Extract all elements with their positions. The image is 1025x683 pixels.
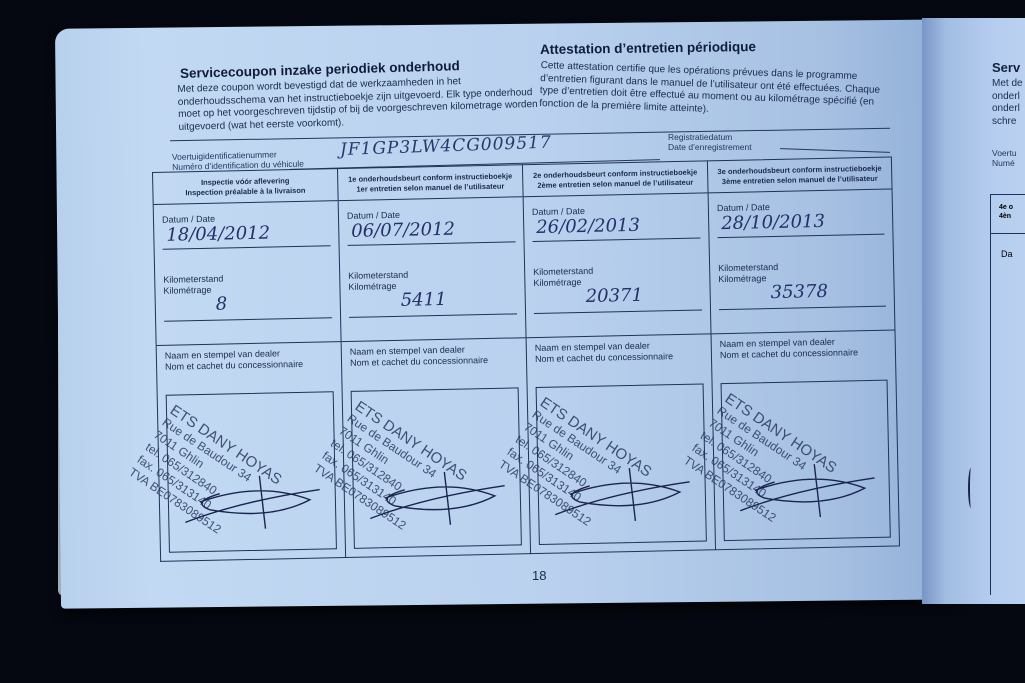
entry-date: 06/07/2012: [351, 219, 455, 242]
dealer-label: Naam en stempel van dealer Nom et cachet…: [165, 348, 304, 373]
date-line: [717, 234, 884, 238]
next-vin-fr: Numé: [992, 158, 1017, 168]
km-label-nl: Kilometerstand: [718, 262, 778, 274]
km-line: [349, 313, 517, 318]
date-line: [533, 238, 701, 243]
service-coupon-page: Servicecoupon inzake periodiek onderhoud…: [140, 36, 920, 596]
next-header-fr: 4èn: [999, 212, 1025, 221]
dealer-label: Naam en stempel van dealer Nom et cachet…: [350, 344, 489, 369]
date-line: [163, 245, 331, 250]
next-date-label: Da: [1001, 249, 1013, 259]
km-label: Kilometerstand Kilométrage: [163, 274, 223, 297]
next-header-nl: 4e o: [999, 203, 1025, 212]
section-separator: [527, 333, 711, 338]
dealer-label: Naam en stempel van dealer Nom et cachet…: [535, 340, 674, 365]
entry-header: Inspectie vóór aflevering Inspection pré…: [153, 169, 338, 205]
km-label-fr: Kilométrage: [533, 277, 593, 289]
next-vin-nl: Voertu: [992, 148, 1017, 158]
km-label-nl: Kilometerstand: [163, 274, 223, 286]
next-line: schre: [992, 116, 1023, 129]
registration-label-fr: Date d’enregistrement: [668, 142, 752, 152]
entry-km: 5411: [401, 289, 447, 311]
date-line: [348, 241, 516, 246]
next-page-body: Met de onderl onderl schre: [992, 78, 1023, 128]
km-label-nl: Kilometerstand: [533, 266, 593, 278]
title-fr: Attestation d’entretien périodique: [540, 39, 756, 57]
entry-km: 8: [216, 293, 228, 314]
dealer-label-fr: Nom et cachet du concessionnaire: [350, 355, 488, 369]
entry-header: 1e onderhoudsbeurt conform instructieboe…: [338, 165, 523, 201]
km-label-nl: Kilometerstand: [348, 270, 408, 282]
km-line: [719, 306, 886, 310]
next-vin-label: Voertu Numé: [992, 148, 1017, 168]
next-line: onderl: [992, 103, 1023, 116]
dealer-label-fr: Nom et cachet du concessionnaire: [165, 359, 303, 373]
body-nl: Met deze coupon wordt bevestigd dat de w…: [177, 74, 538, 134]
next-line: Met de: [992, 78, 1023, 91]
entry-km: 20371: [585, 285, 643, 307]
entry-date: 26/02/2013: [536, 215, 640, 238]
km-label: Kilometerstand Kilométrage: [533, 266, 593, 289]
entry-date: 18/04/2012: [166, 223, 270, 246]
next-line: onderl: [992, 91, 1023, 104]
km-label-fr: Kilométrage: [348, 281, 408, 293]
next-page: Serv Met de onderl onderl schre Voertu N…: [922, 18, 1025, 604]
next-grid: 4e o 4èn Da: [990, 194, 1025, 595]
service-entry: 2e onderhoudsbeurt conform instructieboe…: [522, 160, 715, 554]
km-line: [164, 317, 332, 322]
dealer-label-fr: Nom et cachet du concessionnaire: [720, 347, 858, 361]
page-number: 18: [532, 568, 546, 583]
entry-date: 28/10/2013: [721, 211, 825, 234]
service-entry: 3e onderhoudsbeurt conform instructieboe…: [707, 157, 900, 551]
registration-label: Registratiedatum Date d’enregistrement: [668, 132, 752, 152]
body-fr: Cette attestation certifie que les opéra…: [539, 60, 901, 123]
service-entry: Inspectie vóór aflevering Inspection pré…: [152, 168, 345, 562]
section-separator: [712, 329, 895, 334]
signature: [179, 469, 330, 532]
service-entry: 1e onderhoudsbeurt conform instructieboe…: [337, 164, 530, 558]
entry-km: 35378: [770, 281, 828, 303]
next-header: 4e o 4èn: [991, 195, 1025, 221]
entry-header: 3e onderhoudsbeurt conform instructieboe…: [708, 158, 892, 194]
signature: [549, 462, 700, 525]
dealer-label: Naam en stempel van dealer Nom et cachet…: [720, 336, 859, 361]
dealer-label-fr: Nom et cachet du concessionnaire: [535, 351, 673, 365]
section-separator: [342, 337, 526, 342]
signature: [734, 458, 885, 521]
service-entries-grid: Inspectie vóór aflevering Inspection pré…: [152, 157, 900, 562]
pen-mark: [968, 468, 974, 508]
km-line: [534, 310, 702, 315]
signature: [364, 465, 515, 528]
section-separator: [157, 341, 341, 346]
registration-label-nl: Registratiedatum: [668, 132, 752, 142]
next-page-title: Serv: [992, 60, 1020, 75]
entry-header: 2e onderhoudsbeurt conform instructieboe…: [523, 161, 708, 197]
registration-line: [780, 148, 890, 153]
